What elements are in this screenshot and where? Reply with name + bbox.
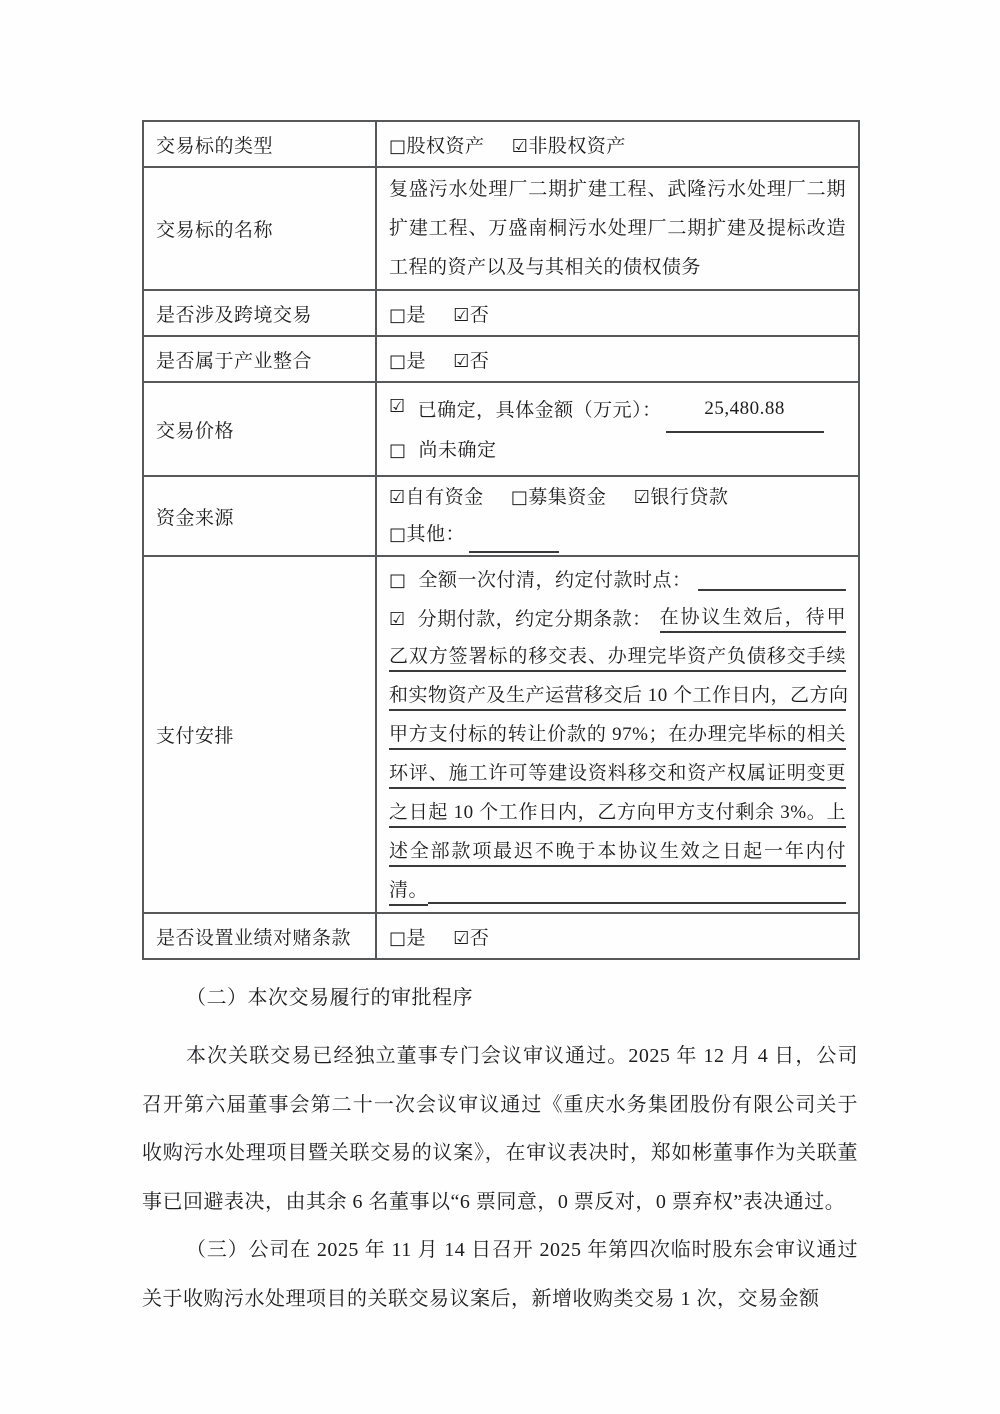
option-label: 否 <box>470 351 490 372</box>
row-value: 复盛污水处理厂二期扩建工程、武隆污水处理厂二期扩建工程、万盛南桐污水处理厂二期扩… <box>376 167 859 290</box>
checkbox-unchecked-icon: □ <box>389 928 407 949</box>
checkbox-unchecked-icon: □ <box>389 136 407 157</box>
payment-clause-line: 在协议生效后，待甲 <box>660 602 846 633</box>
payment-clause-line: 环评、施工许可等建设资料移交和资产权属证明变更 <box>389 754 846 793</box>
checkbox-unchecked-icon: □ <box>389 516 407 553</box>
checkbox-unchecked-icon: □ <box>389 351 407 372</box>
row-label: 交易价格 <box>143 382 376 476</box>
checkbox-unchecked-icon: □ <box>389 305 407 326</box>
price-undetermined-line: □尚未确定 <box>389 429 846 473</box>
option-label: 募集资金 <box>528 487 606 508</box>
payment-clause-last-line: 清。 <box>389 871 846 910</box>
row-label: 是否涉及跨境交易 <box>143 290 376 336</box>
document-page: 交易标的类型 □股权资产 ☑非股权资产 交易标的名称 复盛污水处理厂二期扩建工程… <box>0 0 1000 1414</box>
table-row-funding: 资金来源 ☑自有资金 □募集资金 ☑银行贷款 □其他： <box>143 476 859 556</box>
row-label: 是否属于产业整合 <box>143 336 376 382</box>
table-row-price: 交易价格 ☑已确定，具体金额（万元）：25,480.88 □尚未确定 <box>143 382 859 476</box>
table-row-cross-border: 是否涉及跨境交易 □是 ☑否 <box>143 290 859 336</box>
row-label: 支付安排 <box>143 556 376 913</box>
payment-lump-blank <box>698 567 846 591</box>
option-label: 是 <box>407 928 427 949</box>
option-yes: □是 <box>389 305 426 326</box>
payment-lump-label: 全额一次付清，约定付款时点： <box>419 570 692 591</box>
paragraph-item-three: （三）公司在 2025 年 11 月 14 日召开 2025 年第四次临时股东会… <box>142 1226 858 1323</box>
checkbox-checked-icon: ☑ <box>389 479 406 516</box>
option-no: ☑否 <box>453 305 489 326</box>
funding-other-line: □其他： <box>389 516 846 553</box>
checkbox-checked-icon: ☑ <box>453 351 470 372</box>
price-undetermined-label: 尚未确定 <box>419 440 497 461</box>
checkbox-checked-icon: ☑ <box>453 928 470 949</box>
option-yes: □是 <box>389 928 426 949</box>
payment-installment-line: ☑分期付款，约定分期条款： 在协议生效后，待甲 <box>389 598 846 637</box>
document-body: （二）本次交易履行的审批程序 本次关联交易已经独立董事专门会议审议通过。2025… <box>142 982 858 1323</box>
payment-clause-line: 乙双方签署标的移交表、办理完毕资产负债移交手续 <box>389 637 846 676</box>
option-label: 银行贷款 <box>650 487 728 508</box>
target-name-text: 复盛污水处理厂二期扩建工程、武隆污水处理厂二期扩建工程、万盛南桐污水处理厂二期扩… <box>389 170 846 287</box>
payment-clause-line: 述全部款项最迟不晚于本协议生效之日起一年内付 <box>389 832 846 871</box>
checkbox-checked-icon: ☑ <box>389 385 406 429</box>
price-amount-value: 25,480.88 <box>666 387 824 433</box>
price-determined-line: ☑已确定，具体金额（万元）：25,480.88 <box>389 385 846 429</box>
row-label: 交易标的名称 <box>143 167 376 290</box>
option-non-equity-asset: ☑非股权资产 <box>512 136 626 157</box>
funding-other-blank <box>469 529 559 553</box>
option-label: 自有资金 <box>406 487 484 508</box>
table-row-payment: 支付安排 □全额一次付清，约定付款时点： ☑分期付款，约定分期条款： 在协议生效… <box>143 556 859 913</box>
payment-clause-line: 和实物资产及生产运营移交后 10 个工作日内，乙方向 <box>389 676 846 715</box>
table-row-target-name: 交易标的名称 复盛污水处理厂二期扩建工程、武隆污水处理厂二期扩建工程、万盛南桐污… <box>143 167 859 290</box>
row-value: ☑自有资金 □募集资金 ☑银行贷款 □其他： <box>376 476 859 556</box>
option-equity-asset: □股权资产 <box>389 136 485 157</box>
checkbox-unchecked-icon: □ <box>389 429 407 473</box>
option-bank-loan: ☑银行贷款 <box>634 487 729 508</box>
option-no: ☑否 <box>453 928 489 949</box>
row-value: □是 ☑否 <box>376 336 859 382</box>
funding-other-label: 其他： <box>407 524 466 545</box>
document-content: 交易标的类型 □股权资产 ☑非股权资产 交易标的名称 复盛污水处理厂二期扩建工程… <box>142 120 858 1323</box>
price-determined-label: 已确定，具体金额（万元）： <box>418 400 662 421</box>
row-value: □全额一次付清，约定付款时点： ☑分期付款，约定分期条款： 在协议生效后，待甲 … <box>376 556 859 913</box>
section-heading-2: （二）本次交易履行的审批程序 <box>142 982 858 1014</box>
payment-clause-line: 之日起 10 个工作日内，乙方向甲方支付剩余 3%。上 <box>389 793 846 832</box>
option-raised-funds: □募集资金 <box>511 487 607 508</box>
payment-installment-label: 分期付款，约定分期条款： <box>418 609 652 630</box>
row-value: □是 ☑否 <box>376 913 859 959</box>
checkbox-unchecked-icon: □ <box>389 570 407 591</box>
checkbox-checked-icon: ☑ <box>634 479 651 516</box>
table-row-industry-integration: 是否属于产业整合 □是 ☑否 <box>143 336 859 382</box>
transaction-detail-table: 交易标的类型 □股权资产 ☑非股权资产 交易标的名称 复盛污水处理厂二期扩建工程… <box>142 120 860 960</box>
paragraph-approval-process: 本次关联交易已经独立董事专门会议审议通过。2025 年 12 月 4 日，公司召… <box>142 1032 858 1226</box>
row-value: □是 ☑否 <box>376 290 859 336</box>
checkbox-checked-icon: ☑ <box>453 305 470 326</box>
checkbox-checked-icon: ☑ <box>389 609 406 630</box>
payment-clause-line: 甲方支付标的转让价款的 97%；在办理完毕标的相关 <box>389 715 846 754</box>
checkbox-checked-icon: ☑ <box>512 136 529 157</box>
row-label: 交易标的类型 <box>143 121 376 167</box>
row-label: 资金来源 <box>143 476 376 556</box>
option-label: 是 <box>407 351 427 372</box>
row-label: 是否设置业绩对赌条款 <box>143 913 376 959</box>
option-label: 否 <box>470 928 490 949</box>
funding-options-line: ☑自有资金 □募集资金 ☑银行贷款 <box>389 479 846 516</box>
table-row-bet-clause: 是否设置业绩对赌条款 □是 ☑否 <box>143 913 859 959</box>
option-label: 是 <box>407 305 427 326</box>
table-row-target-type: 交易标的类型 □股权资产 ☑非股权资产 <box>143 121 859 167</box>
option-label: 股权资产 <box>407 136 485 157</box>
row-value: □股权资产 ☑非股权资产 <box>376 121 859 167</box>
checkbox-unchecked-icon: □ <box>511 479 529 516</box>
option-own-funds: ☑自有资金 <box>389 487 484 508</box>
option-label: 否 <box>470 305 490 326</box>
option-no: ☑否 <box>453 351 489 372</box>
option-label: 非股权资产 <box>528 136 626 157</box>
row-value: ☑已确定，具体金额（万元）：25,480.88 □尚未确定 <box>376 382 859 476</box>
payment-lump-line: □全额一次付清，约定付款时点： <box>389 559 846 598</box>
option-yes: □是 <box>389 351 426 372</box>
payment-clause-underline-fill <box>428 878 846 904</box>
